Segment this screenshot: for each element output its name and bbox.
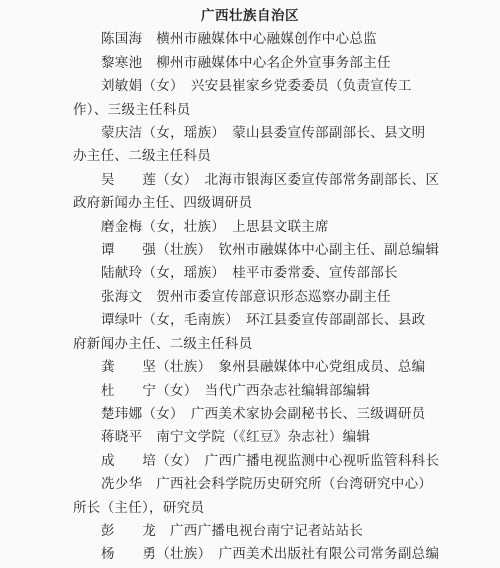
list-line: 磨金梅（女，壮族） 上思县文联主席 [73, 215, 500, 238]
list-line: 彭 龙 广西广播电视台南宁记者站站长 [73, 519, 500, 542]
list-line: 张海文 贺州市委宣传部意识形态巡察办副主任 [73, 285, 500, 308]
list-line-continuation: 府新闻办主任、二级主任科员 [73, 332, 500, 355]
list-line: 成 培（女） 广西广播电视监测中心视听监管科科长 [73, 449, 500, 472]
list-line: 黎寒池 柳州市融媒体中心名企外宣事务部主任 [73, 51, 500, 74]
list-line: 冼少华 广西社会科学院历史研究所（台湾研究中心） [73, 472, 500, 495]
list-line-continuation: 办主任、二级主任科员 [73, 144, 500, 167]
list-line: 楚玮娜（女） 广西美术家协会副秘书长、三级调研员 [73, 402, 500, 425]
list-line: 蒋晓平 南宁文学院（《红豆》杂志社）编辑 [73, 425, 500, 448]
document-page: 广西壮族自治区 陈国海 横州市融媒体中心融媒创作中心总监 黎寒池 柳州市融媒体中… [0, 0, 500, 568]
page-title: 广西壮族自治区 [0, 4, 500, 27]
list-line: 杜 宁（女） 当代广西杂志社编辑部编辑 [73, 379, 500, 402]
list-line-continuation: 作）、三级主任科员 [73, 98, 500, 121]
list-line-continuation: 政府新闻办主任、四级调研员 [73, 191, 500, 214]
list-line: 陆献玲（女，瑶族） 桂平市委常委、宣传部部长 [73, 261, 500, 284]
list-line-continuation: 所长（主任），研究员 [73, 496, 500, 519]
list-line: 杨 勇（壮族） 广西美术出版社有限公司常务副总编 [73, 542, 500, 565]
list-line: 陈国海 横州市融媒体中心融媒创作中心总监 [73, 27, 500, 50]
list-line: 刘敏娟（女） 兴安县崔家乡党委委员（负责宣传工 [73, 74, 500, 97]
list-line: 龚 坚（壮族） 象州县融媒体中心党组成员、总编 [73, 355, 500, 378]
list-line: 吴 莲（女） 北海市银海区委宣传部常务副部长、区 [73, 168, 500, 191]
award-name-list: 陈国海 横州市融媒体中心融媒创作中心总监 黎寒池 柳州市融媒体中心名企外宣事务部… [0, 27, 500, 565]
list-line: 谭绿叶（女，毛南族） 环江县委宣传部副部长、县政 [73, 308, 500, 331]
list-line: 谭 强（壮族） 钦州市融媒体中心副主任、副总编辑 [73, 238, 500, 261]
list-line: 蒙庆洁（女，瑶族） 蒙山县委宣传部副部长、县文明 [73, 121, 500, 144]
